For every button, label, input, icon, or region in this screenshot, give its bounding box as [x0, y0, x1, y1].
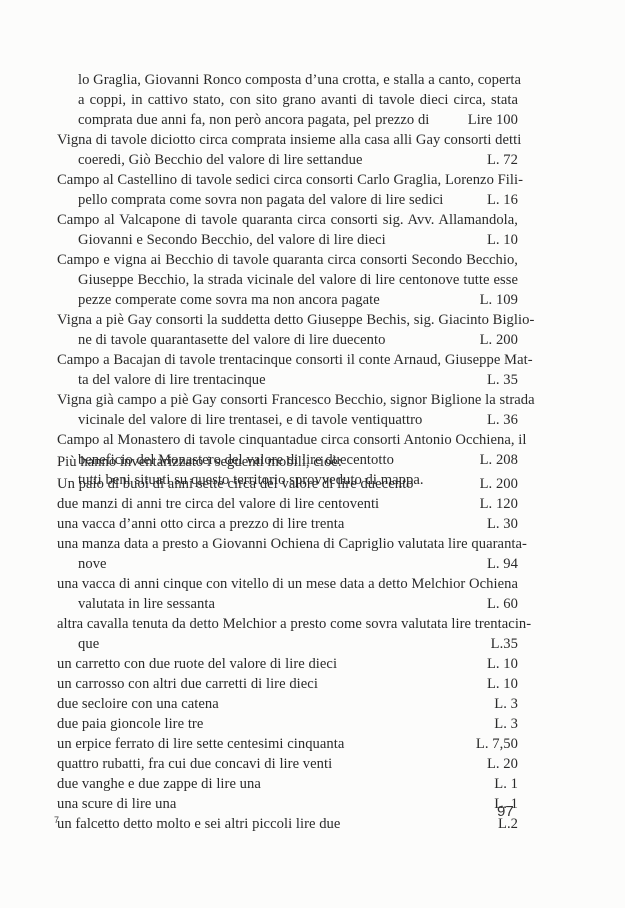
list-entry: due manzi di anni tre circa del valore d…: [57, 494, 518, 514]
text-line: comprata due anni fa, non però ancora pa…: [57, 110, 518, 130]
inventory-heading: Più hanno inventarizzato i seguenti mobi…: [57, 452, 518, 472]
line-text: Campo a Bacajan di tavole trentacinque c…: [57, 350, 518, 370]
amount-value: L. 200: [472, 474, 518, 494]
text-line: una scure di lire unaL. 1: [57, 794, 518, 814]
list-entry: un erpice ferrato di lire sette centesim…: [57, 734, 518, 754]
list-entry: Vigna di tavole diciotto circa comprata …: [57, 130, 518, 170]
text-line: altra cavalla tenuta da detto Melchior a…: [57, 614, 518, 634]
line-text: comprata due anni fa, non però ancora pa…: [78, 110, 429, 130]
line-text: una manza data a presto a Giovanni Ochie…: [57, 534, 518, 554]
list-entry: Campo al Valcapone di tavole quaranta ci…: [57, 210, 518, 250]
amount-value: Lire 100: [460, 110, 518, 130]
text-line: ne di tavole quarantasette del valore di…: [57, 330, 518, 350]
list-entry: due secloire con una catenaL. 3: [57, 694, 518, 714]
line-text: pello comprata come sovra non pagata del…: [78, 190, 443, 210]
list-entry: una vacca di anni cinque con vitello di …: [57, 574, 518, 614]
text-line: coeredi, Giò Becchio del valore di lire …: [57, 150, 518, 170]
line-text: due secloire con una catena: [57, 694, 219, 714]
text-line: Campo a Bacajan di tavole trentacinque c…: [57, 350, 518, 370]
line-text: due manzi di anni tre circa del valore d…: [57, 494, 379, 514]
text-line: un erpice ferrato di lire sette centesim…: [57, 734, 518, 754]
line-text: un carretto con due ruote del valore di …: [57, 654, 337, 674]
list-entry: Campo al Castellino di tavole sedici cir…: [57, 170, 518, 210]
list-entry: due paia gioncole lire treL. 3: [57, 714, 518, 734]
text-line: Vigna già campo a piè Gay consorti Franc…: [57, 390, 518, 410]
amount-value: L. 10: [479, 674, 518, 694]
list-entry: lo Graglia, Giovanni Ronco composta d’un…: [57, 70, 518, 130]
amount-value: L. 94: [479, 554, 518, 574]
line-text: Campo al Valcapone di tavole quaranta ci…: [57, 210, 518, 230]
amount-value: L. 7,50: [468, 734, 518, 754]
line-text: due vanghe e due zappe di lire una: [57, 774, 261, 794]
text-line: Campo al Monastero di tavole cinquantadu…: [57, 430, 518, 450]
amount-value: L. 109: [472, 290, 518, 310]
list-entry: Un paio di buoi di anni sette circa del …: [57, 474, 518, 494]
text-line: una manza data a presto a Giovanni Ochie…: [57, 534, 518, 554]
text-line: Vigna a piè Gay consorti la suddetta det…: [57, 310, 518, 330]
list-entry: un carrosso con altri due carretti di li…: [57, 674, 518, 694]
line-text: altra cavalla tenuta da detto Melchior a…: [57, 614, 518, 634]
property-list: lo Graglia, Giovanni Ronco composta d’un…: [57, 70, 518, 490]
line-text: ta del valore di lire trentacinque: [78, 370, 266, 390]
text-line: Campo e vigna ai Becchio di tavole quara…: [57, 250, 518, 270]
amount-value: L. 30: [479, 514, 518, 534]
amount-value: L. 16: [479, 190, 518, 210]
amount-value: L.35: [483, 634, 518, 654]
line-text: que: [78, 634, 99, 654]
list-entry: una vacca d’anni otto circa a prezzo di …: [57, 514, 518, 534]
text-line: Un paio di buoi di anni sette circa del …: [57, 474, 518, 494]
line-text: a coppi, in cattivo stato, con sito gran…: [78, 90, 518, 110]
list-entry: un carretto con due ruote del valore di …: [57, 654, 518, 674]
list-entry: Vigna a piè Gay consorti la suddetta det…: [57, 310, 518, 350]
text-line: valutata in lire sessantaL. 60: [57, 594, 518, 614]
list-entry: Campo a Bacajan di tavole trentacinque c…: [57, 350, 518, 390]
line-text: una scure di lire una: [57, 794, 176, 814]
amount-value: L. 60: [479, 594, 518, 614]
amount-value: L. 200: [472, 330, 518, 350]
list-entry: altra cavalla tenuta da detto Melchior a…: [57, 614, 518, 654]
amount-value: L. 1: [486, 774, 518, 794]
line-text: due paia gioncole lire tre: [57, 714, 203, 734]
list-entry: Campo e vigna ai Becchio di tavole quara…: [57, 250, 518, 310]
line-text: Un paio di buoi di anni sette circa del …: [57, 474, 414, 494]
line-text: coeredi, Giò Becchio del valore di lire …: [78, 150, 362, 170]
line-text: Vigna di tavole diciotto circa comprata …: [57, 130, 518, 150]
text-line: queL.35: [57, 634, 518, 654]
line-text: Campo e vigna ai Becchio di tavole quara…: [57, 250, 518, 270]
list-entry: due vanghe e due zappe di lire unaL. 1: [57, 774, 518, 794]
text-line: a coppi, in cattivo stato, con sito gran…: [57, 90, 518, 110]
line-text: pezze comperate come sovra ma non ancora…: [78, 290, 380, 310]
line-text: vicinale del valore di lire trentasei, e…: [78, 410, 422, 430]
line-text: ne di tavole quarantasette del valore di…: [78, 330, 385, 350]
line-text: una vacca d’anni otto circa a prezzo di …: [57, 514, 344, 534]
text-line: quattro rubatti, fra cui due concavi di …: [57, 754, 518, 774]
text-line: lo Graglia, Giovanni Ronco composta d’un…: [57, 70, 518, 90]
signature-mark: 7: [54, 815, 59, 825]
text-line: noveL. 94: [57, 554, 518, 574]
amount-value: L. 10: [479, 230, 518, 250]
text-line: un carretto con due ruote del valore di …: [57, 654, 518, 674]
text-line: Giuseppe Becchio, la strada vicinale del…: [57, 270, 518, 290]
line-text: una vacca di anni cinque con vitello di …: [57, 574, 518, 594]
line-text: Campo al Castellino di tavole sedici cir…: [57, 170, 518, 190]
text-line: una vacca di anni cinque con vitello di …: [57, 574, 518, 594]
text-line: Campo al Castellino di tavole sedici cir…: [57, 170, 518, 190]
text-line: pezze comperate come sovra ma non ancora…: [57, 290, 518, 310]
text-line: due paia gioncole lire treL. 3: [57, 714, 518, 734]
text-line: pello comprata come sovra non pagata del…: [57, 190, 518, 210]
line-text: Giovanni e Secondo Becchio, del valore d…: [78, 230, 386, 250]
text-line: Vigna di tavole diciotto circa comprata …: [57, 130, 518, 150]
line-text: un falcetto detto molto e sei altri picc…: [57, 814, 340, 834]
list-entry: Vigna già campo a piè Gay consorti Franc…: [57, 390, 518, 430]
amount-value: L. 20: [479, 754, 518, 774]
text-line: due vanghe e due zappe di lire unaL. 1: [57, 774, 518, 794]
text-line: Giovanni e Secondo Becchio, del valore d…: [57, 230, 518, 250]
line-text: un erpice ferrato di lire sette centesim…: [57, 734, 344, 754]
amount-value: L. 10: [479, 654, 518, 674]
line-text: nove: [78, 554, 107, 574]
text-line: Campo al Valcapone di tavole quaranta ci…: [57, 210, 518, 230]
line-text: un carrosso con altri due carretti di li…: [57, 674, 318, 694]
document-page: lo Graglia, Giovanni Ronco composta d’un…: [0, 0, 625, 908]
text-line: ta del valore di lire trentacinqueL. 35: [57, 370, 518, 390]
amount-value: L. 35: [479, 370, 518, 390]
text-line: due secloire con una catenaL. 3: [57, 694, 518, 714]
text-line: una vacca d’anni otto circa a prezzo di …: [57, 514, 518, 534]
line-text: Vigna già campo a piè Gay consorti Franc…: [57, 390, 518, 410]
line-text: valutata in lire sessanta: [78, 594, 215, 614]
list-entry: una manza data a presto a Giovanni Ochie…: [57, 534, 518, 574]
list-entry: una scure di lire unaL. 1: [57, 794, 518, 814]
text-line: due manzi di anni tre circa del valore d…: [57, 494, 518, 514]
amount-value: L. 36: [479, 410, 518, 430]
line-text: Vigna a piè Gay consorti la suddetta det…: [57, 310, 518, 330]
amount-value: L. 72: [479, 150, 518, 170]
text-line: un falcetto detto molto e sei altri picc…: [57, 814, 518, 834]
amount-value: L. 120: [472, 494, 518, 514]
line-text: quattro rubatti, fra cui due concavi di …: [57, 754, 332, 774]
text-line: un carrosso con altri due carretti di li…: [57, 674, 518, 694]
amount-value: L. 3: [486, 714, 518, 734]
text-line: vicinale del valore di lire trentasei, e…: [57, 410, 518, 430]
amount-value: L. 3: [486, 694, 518, 714]
movable-goods-list: Un paio di buoi di anni sette circa del …: [57, 474, 518, 834]
inventory-heading-block: Più hanno inventarizzato i seguenti mobi…: [57, 452, 518, 472]
list-entry: quattro rubatti, fra cui due concavi di …: [57, 754, 518, 774]
line-text: Giuseppe Becchio, la strada vicinale del…: [78, 270, 518, 290]
list-entry: un falcetto detto molto e sei altri picc…: [57, 814, 518, 834]
page-number: 97: [497, 803, 514, 820]
line-text: Campo al Monastero di tavole cinquantadu…: [57, 430, 518, 450]
line-text: lo Graglia, Giovanni Ronco composta d’un…: [78, 70, 518, 90]
